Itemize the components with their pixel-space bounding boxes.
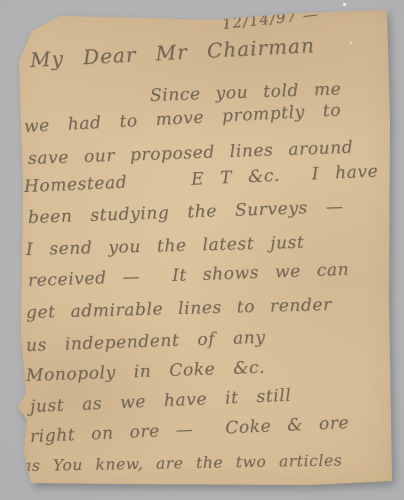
letter-line: get admirable lines to render xyxy=(26,295,332,323)
letter-line: Monopoly in Coke &c. xyxy=(26,358,266,386)
letter-paper-wrap: 12/14/97 — My Dear Mr Chairman Since you… xyxy=(0,0,404,500)
letter-paper: 12/14/97 — My Dear Mr Chairman Since you… xyxy=(0,0,404,500)
letter-line: been studying the Surveys — xyxy=(28,197,344,228)
letter-line: received — It shows we can xyxy=(28,260,350,291)
letter-line: us independent of any xyxy=(26,328,266,356)
photo-background: 12/14/97 — My Dear Mr Chairman Since you… xyxy=(0,0,404,500)
letter-line: we had to move promptly to xyxy=(23,100,341,137)
letter-line: I send you the latest just xyxy=(26,233,305,260)
letter-line: right on ore — Coke & ore xyxy=(30,413,350,447)
letter-salutation: My Dear Mr Chairman xyxy=(29,33,315,72)
letter-line: just as we have it still xyxy=(30,386,292,417)
letter-date: 12/14/97 — xyxy=(221,5,319,33)
letter-line: as You knew, are the two articles xyxy=(22,451,343,475)
dust-speck xyxy=(350,42,352,44)
